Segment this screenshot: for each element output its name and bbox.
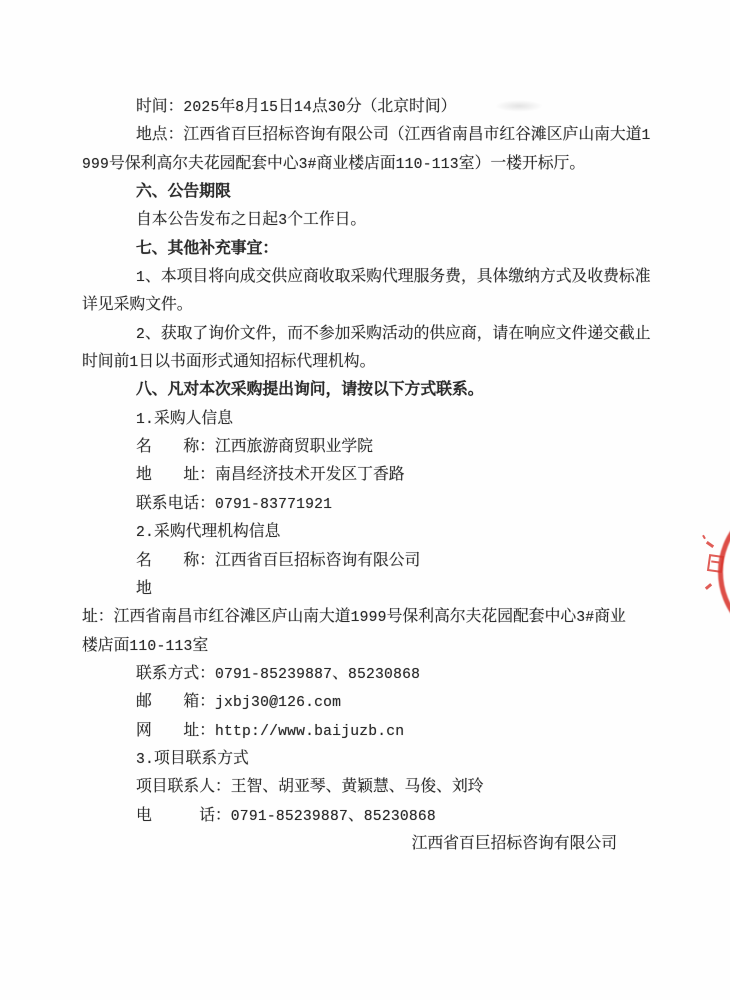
red-seal	[700, 493, 730, 653]
seal-glyph-mark	[705, 583, 712, 590]
doc-line: 时间：2025年8月15日14点30分（北京时间）	[82, 93, 654, 121]
doc-line-text: 联系电话：	[136, 495, 215, 512]
doc-line-text: 85230868	[348, 667, 420, 683]
doc-line: 地	[82, 575, 654, 603]
doc-line: 2.采购代理机构信息	[82, 518, 654, 546]
doc-line-text: 名 称：江西省百巨招标咨询有限公司	[136, 552, 420, 569]
document-page: 时间：2025年8月15日14点30分（北京时间）地点：江西省百巨招标咨询有限公…	[0, 0, 730, 1000]
document-text: 时间：2025年8月15日14点30分（北京时间）地点：江西省百巨招标咨询有限公…	[82, 93, 654, 858]
doc-line: 八、凡对本次采购提出询问，请按以下方式联系。	[82, 376, 654, 404]
doc-line-text: 地 址：南昌经济技术开发区丁香路	[136, 466, 405, 483]
doc-line-text: 2	[136, 327, 145, 343]
doc-line-text: 室）一楼开标厅。	[459, 155, 585, 172]
doc-line-text: 、	[348, 807, 364, 824]
doc-line-text: 日	[278, 98, 294, 115]
doc-line-text: 0791-85239887	[215, 667, 332, 683]
doc-line: 楼店面110-113室	[82, 632, 654, 660]
seal-glyph-mark	[706, 541, 714, 548]
doc-line-text: 日以书面形式通知招标代理机构。	[138, 353, 375, 370]
doc-line: 联系方式：0791-85239887、85230868	[82, 660, 654, 688]
doc-line: 2、获取了询价文件，而不参加采购活动的供应商，请在响应文件递交截止	[82, 320, 654, 348]
doc-line-text: 详见采购文件。	[82, 296, 193, 313]
doc-line-text: 110-113	[129, 639, 192, 655]
doc-line-text: 七、其他补充事宜：	[136, 240, 278, 257]
doc-line-text: 商业楼店面	[317, 155, 396, 172]
doc-line-text: 联系方式：	[136, 665, 215, 682]
doc-line-text: 时间：	[136, 98, 183, 115]
doc-line: 六、公告期限	[82, 178, 654, 206]
doc-line-text: 江西省百巨招标咨询有限公司	[412, 835, 617, 852]
doc-line-text: 邮 箱：	[136, 693, 215, 710]
doc-line: 999号保利高尔夫花园配套中心3#商业楼店面110-113室）一楼开标厅。	[82, 150, 654, 178]
doc-line-text: 八、凡对本次采购提出询问，请按以下方式联系。	[136, 381, 484, 398]
doc-line-text: 15	[260, 100, 278, 116]
doc-line-text: 1	[642, 128, 651, 144]
doc-line: 3.项目联系方式	[82, 745, 654, 773]
doc-line-text: 2025	[183, 100, 219, 116]
doc-line-text: 六、公告期限	[136, 183, 231, 200]
doc-line-text: 楼店面	[82, 637, 129, 654]
doc-line: 自本公告发布之日起3个工作日。	[82, 206, 654, 234]
doc-line: 地点：江西省百巨招标咨询有限公司（江西省南昌市红谷滩区庐山南大道1	[82, 121, 654, 149]
doc-line-text: 采购人信息	[154, 410, 233, 427]
doc-line: 详见采购文件。	[82, 291, 654, 319]
doc-line-text: 、本项目将向成交供应商收取采购代理服务费，具体缴纳方式及收费标准	[145, 268, 651, 285]
doc-line-text: 30	[328, 100, 346, 116]
doc-line-text: 1.	[136, 412, 154, 428]
doc-line-text: 85230868	[364, 809, 436, 825]
doc-line-text: 110-113	[396, 157, 459, 173]
doc-line-text: 名 称：江西旅游商贸职业学院	[136, 438, 373, 455]
doc-line-text: 1	[136, 270, 145, 286]
doc-line-text: 电 话：	[136, 807, 231, 824]
doc-line-text: 地点：江西省百巨招标咨询有限公司（江西省南昌市红谷滩区庐山南大道	[136, 126, 642, 143]
doc-line-text: 网 址：	[136, 722, 215, 739]
doc-line-text: http://www.baijuzb.cn	[215, 724, 404, 740]
doc-line-text: 月	[244, 98, 260, 115]
doc-line-text: 室	[193, 637, 209, 654]
doc-line-text: 时间前	[82, 353, 129, 370]
doc-line-text: 点	[312, 98, 328, 115]
doc-line-text: 分（北京时间）	[346, 98, 457, 115]
seal-glyph-mark	[702, 535, 706, 539]
doc-line-text: 3#	[299, 157, 317, 173]
doc-line-text: 项目联系人：王智、胡亚琴、黄颖慧、马俊、刘玲	[136, 778, 484, 795]
doc-line: 七、其他补充事宜：	[82, 235, 654, 263]
doc-line-text: 1999	[351, 610, 387, 626]
doc-line: 项目联系人：王智、胡亚琴、黄颖慧、马俊、刘玲	[82, 773, 654, 801]
doc-line: 地 址：南昌经济技术开发区丁香路	[82, 461, 654, 489]
doc-line: 网 址：http://www.baijuzb.cn	[82, 717, 654, 745]
doc-line-text: 号保利高尔夫花园配套中心	[387, 608, 577, 625]
doc-line-text: 年	[219, 98, 235, 115]
doc-line-text: 、	[332, 665, 348, 682]
doc-line-text: 个工作日。	[287, 211, 366, 228]
doc-line: 1.采购人信息	[82, 405, 654, 433]
doc-line-text: 3	[278, 213, 287, 229]
doc-line-text: 采购代理机构信息	[154, 523, 280, 540]
doc-line: 址：江西省南昌市红谷滩区庐山南大道1999号保利高尔夫花园配套中心3#商业	[82, 603, 654, 631]
doc-line-text: 2.	[136, 525, 154, 541]
doc-line-text: 商业	[594, 608, 626, 625]
doc-line-text: 自本公告发布之日起	[136, 211, 278, 228]
doc-line-text: 、获取了询价文件，而不参加采购活动的供应商，请在响应文件递交截止	[145, 325, 651, 342]
doc-line-text: 999	[82, 157, 109, 173]
doc-line: 联系电话：0791-83771921	[82, 490, 654, 518]
doc-line-text: 0791-83771921	[215, 497, 332, 513]
doc-line: 时间前1日以书面形式通知招标代理机构。	[82, 348, 654, 376]
scan-smudge	[495, 100, 543, 112]
doc-line-text: 号保利高尔夫花园配套中心	[109, 155, 299, 172]
doc-line: 名 称：江西省百巨招标咨询有限公司	[82, 547, 654, 575]
doc-line: 电 话：0791-85239887、85230868	[82, 802, 654, 830]
doc-line-text: jxbj30@126.com	[215, 695, 341, 711]
doc-line: 江西省百巨招标咨询有限公司	[82, 830, 654, 858]
doc-line-text: 0791-85239887	[231, 809, 348, 825]
doc-line-text: 址：江西省南昌市红谷滩区庐山南大道	[82, 608, 351, 625]
doc-line: 名 称：江西旅游商贸职业学院	[82, 433, 654, 461]
doc-line-text: 3.	[136, 752, 154, 768]
doc-line-text: 项目联系方式	[154, 750, 249, 767]
doc-line-text: 14	[294, 100, 312, 116]
doc-line: 1、本项目将向成交供应商收取采购代理服务费，具体缴纳方式及收费标准	[82, 263, 654, 291]
seal-glyph-mark	[707, 554, 724, 573]
doc-line-text: 8	[235, 100, 244, 116]
doc-line-text: 地	[136, 580, 152, 597]
doc-line-text: 3#	[576, 610, 594, 626]
doc-line: 邮 箱：jxbj30@126.com	[82, 688, 654, 716]
